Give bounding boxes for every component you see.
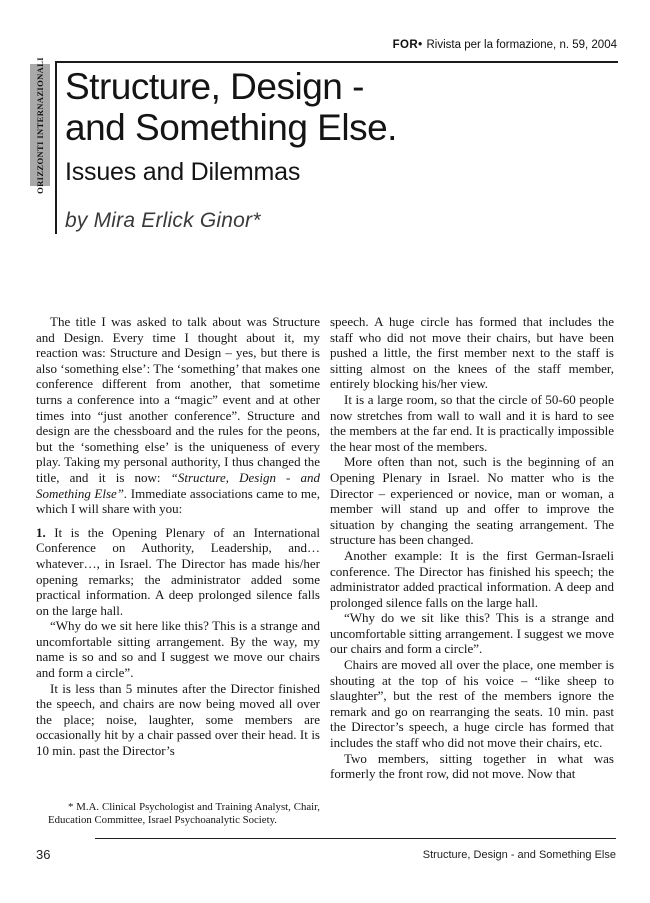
- section-vertical-label: ORIZZONTI INTERNAZIONALI: [30, 64, 50, 186]
- paragraph-intro-text: The title I was asked to talk about was …: [36, 314, 320, 485]
- right-column: speech. A huge circle has formed that in…: [330, 314, 614, 848]
- footnote: * M.A. Clinical Psychologist and Trainin…: [48, 801, 320, 827]
- journal-brand: FOR•: [393, 39, 423, 51]
- article-title: Structure, Design - and Something Else.: [65, 66, 605, 148]
- paragraph-more-often: More often than not, such is the beginni…: [330, 454, 614, 548]
- paragraph-quote-2: “Why do we sit like this? This is a stra…: [330, 610, 614, 657]
- page-number: 36: [36, 847, 50, 862]
- paragraph-intro: The title I was asked to talk about was …: [36, 314, 320, 517]
- paragraph-example-1: 1. It is the Opening Plenary of an Inter…: [36, 525, 320, 619]
- paragraph-two-members: Two members, sitting together in what wa…: [330, 751, 614, 782]
- paragraph-example-1-text: It is the Opening Plenary of an Internat…: [36, 525, 320, 618]
- list-number-marker: 1.: [36, 525, 46, 540]
- journal-page: FOR•Rivista per la formazione, n. 59, 20…: [0, 0, 650, 903]
- paragraph-continuation: speech. A huge circle has formed that in…: [330, 314, 614, 392]
- header-rule: [55, 61, 618, 63]
- article-title-line2: and Something Else.: [65, 107, 605, 148]
- title-block: Structure, Design - and Something Else. …: [65, 66, 605, 233]
- journal-header: FOR•Rivista per la formazione, n. 59, 20…: [393, 39, 617, 51]
- paragraph-chairs: It is less than 5 minutes after the Dire…: [36, 681, 320, 759]
- paragraph-large-room: It is a large room, so that the circle o…: [330, 392, 614, 454]
- journal-issue-info: Rivista per la formazione, n. 59, 2004: [427, 39, 618, 51]
- article-byline: by Mira Erlick Ginor*: [65, 209, 605, 233]
- paragraph-another-example: Another example: It is the first German-…: [330, 548, 614, 610]
- article-subtitle: Issues and Dilemmas: [65, 158, 605, 187]
- paragraph-chairs-moved: Chairs are moved all over the place, one…: [330, 657, 614, 751]
- footer-running-title: Structure, Design - and Something Else: [423, 849, 616, 861]
- footer-rule: [95, 838, 616, 839]
- section-label-text: ORIZZONTI INTERNAZIONALI: [35, 57, 45, 194]
- left-column: The title I was asked to talk about was …: [36, 314, 320, 848]
- title-vertical-rule: [55, 61, 57, 234]
- paragraph-quote-1: “Why do we sit here like this? This is a…: [36, 618, 320, 680]
- article-title-line1: Structure, Design -: [65, 66, 605, 107]
- article-body: The title I was asked to talk about was …: [36, 314, 614, 848]
